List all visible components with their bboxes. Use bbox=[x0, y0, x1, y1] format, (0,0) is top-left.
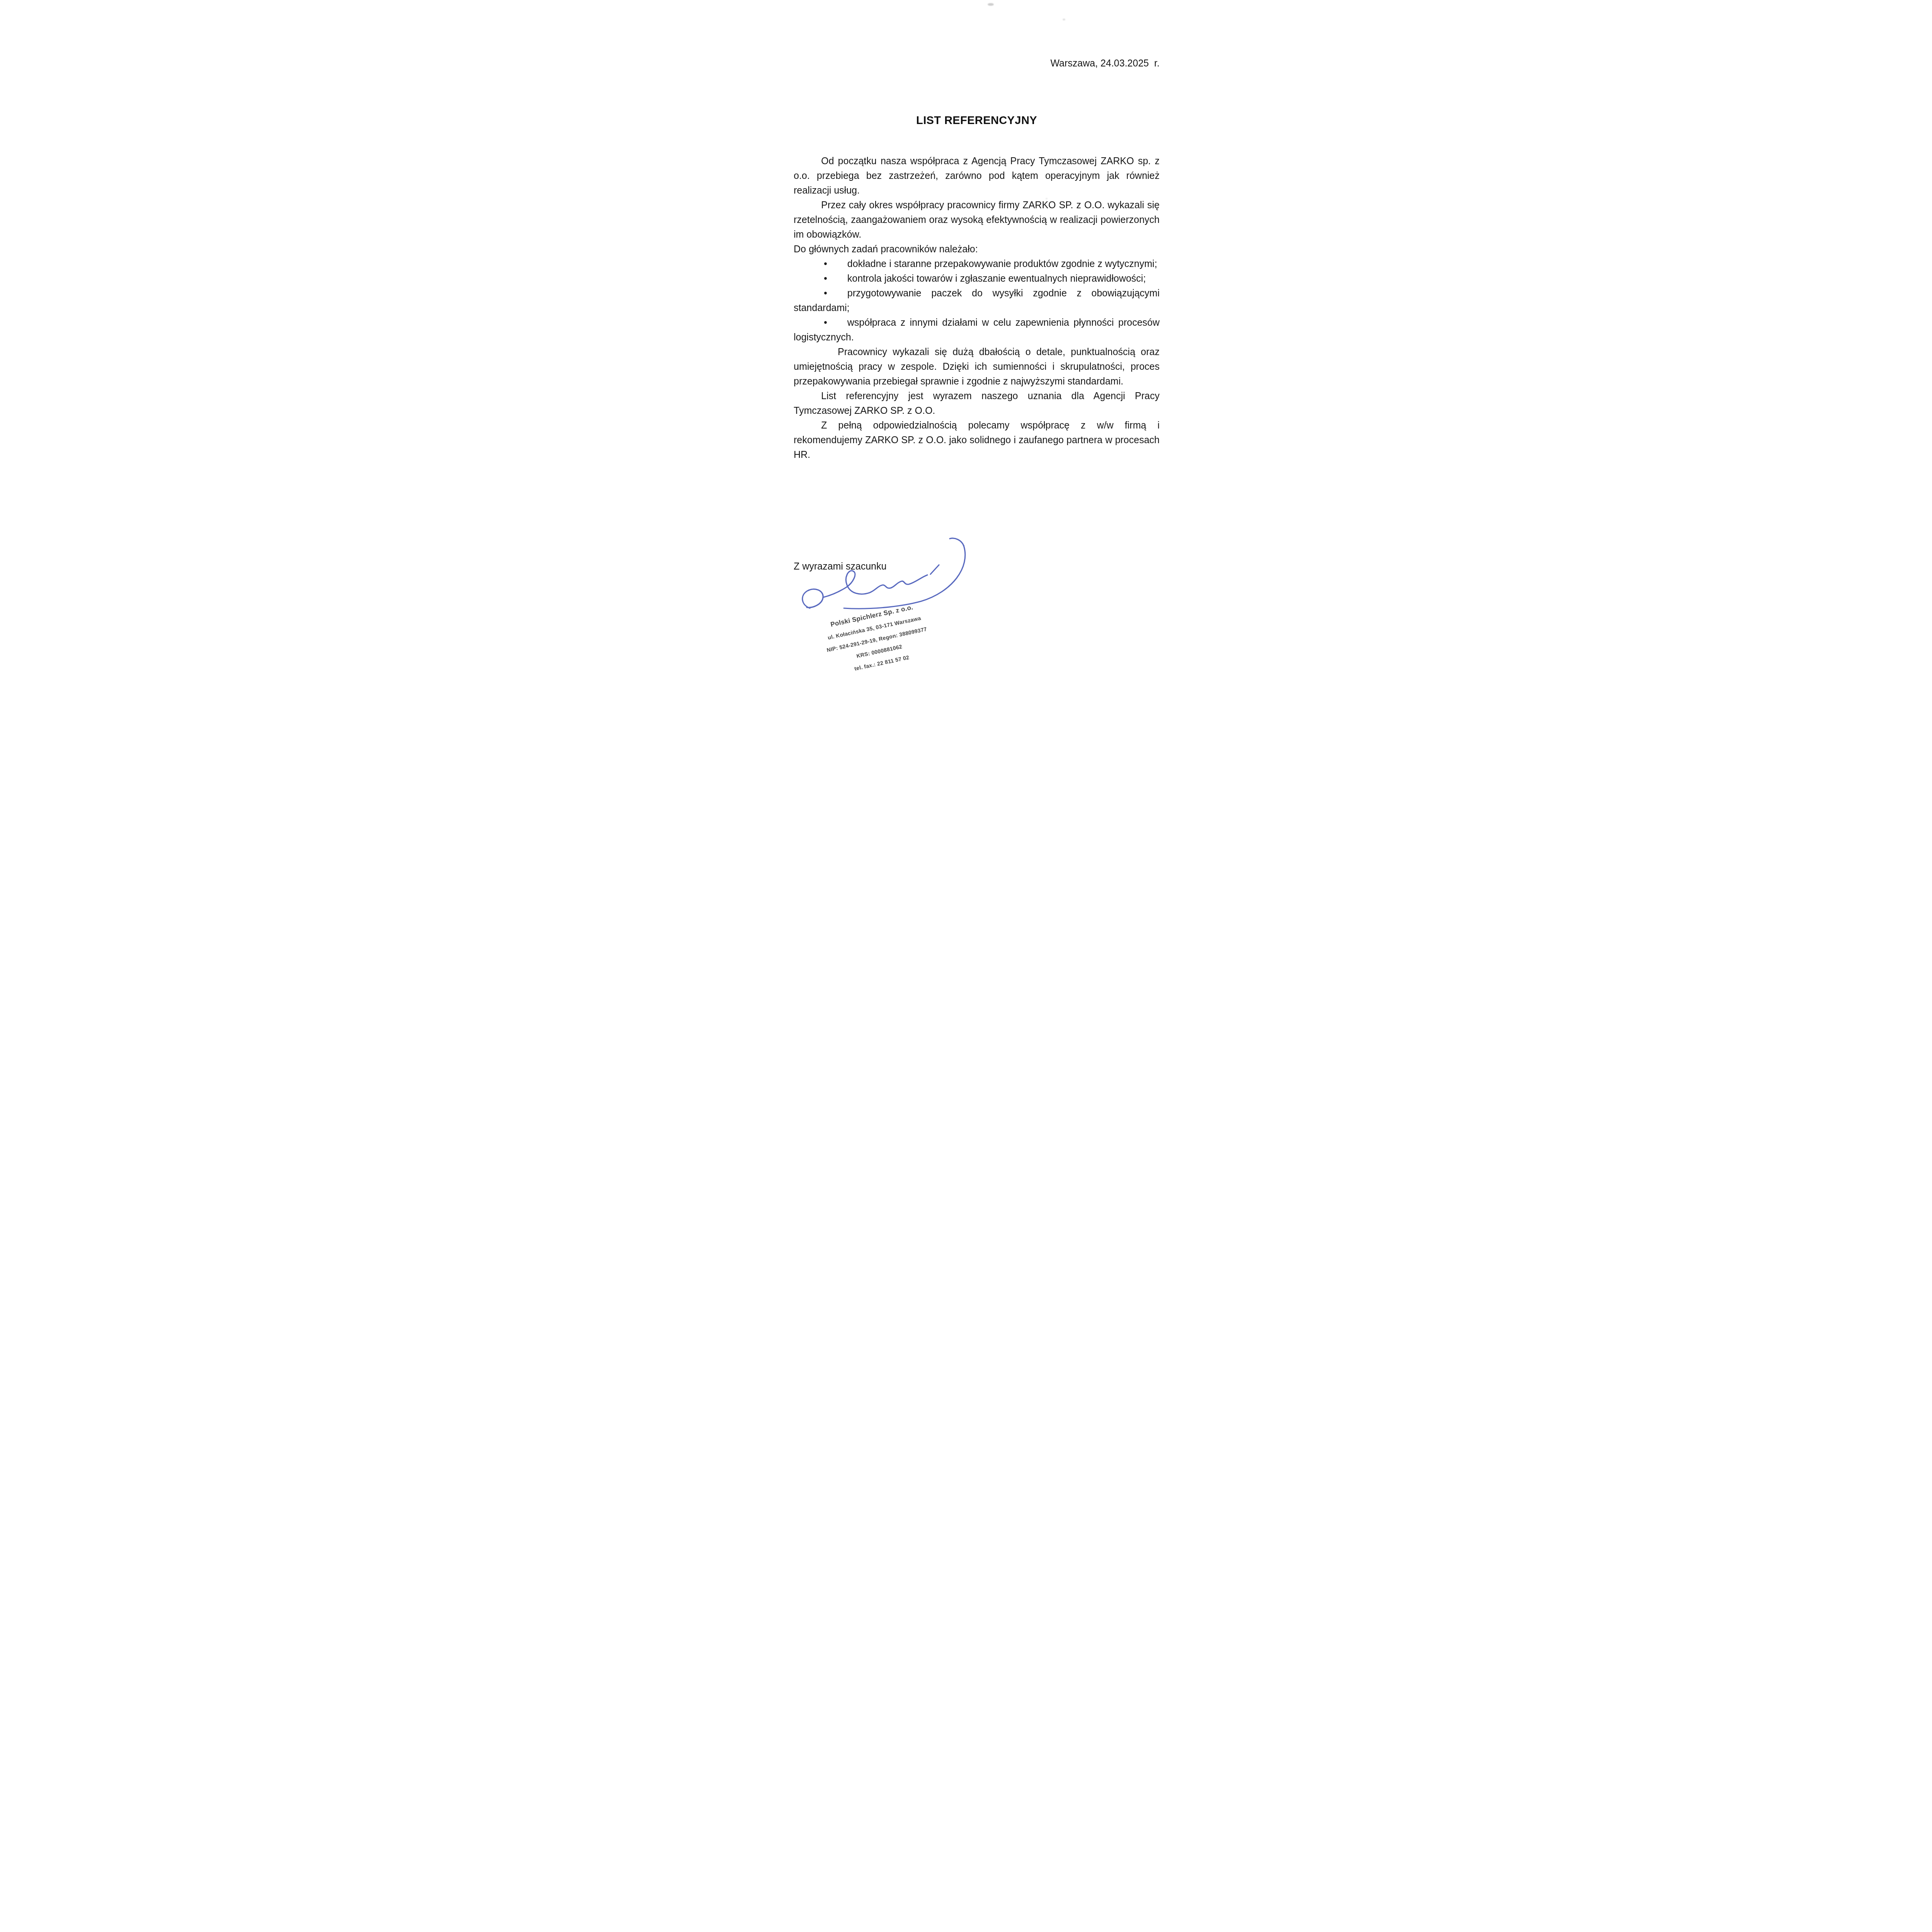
paragraph-intro: Od początku nasza współpraca z Agencją P… bbox=[794, 154, 1160, 198]
bullet-icon: • bbox=[824, 288, 827, 299]
task-text: współpraca z innymi działami w celu zape… bbox=[794, 317, 1160, 343]
bullet-icon: • bbox=[824, 273, 827, 284]
scan-speck bbox=[988, 3, 994, 6]
task-item: •dokładne i staranne przepakowywanie pro… bbox=[794, 257, 1160, 271]
document-title: LIST REFERENCYJNY bbox=[794, 114, 1160, 127]
paragraph-recognition: List referencyjny jest wyrazem naszego u… bbox=[794, 389, 1160, 418]
paragraph-qualities: Pracownicy wykazali się dużą dbałością o… bbox=[794, 345, 1160, 389]
city-date: Warszawa, 24.03.2025 r. bbox=[1050, 58, 1160, 69]
tasks-header: Do głównych zadań pracowników należało: bbox=[794, 242, 1160, 257]
letter-page: Warszawa, 24.03.2025 r. LIST REFERENCYJN… bbox=[720, 0, 1212, 677]
task-item: •przygotowywanie paczek do wysyłki zgodn… bbox=[794, 286, 1160, 315]
paragraph-period: Przez cały okres współpracy pracownicy f… bbox=[794, 198, 1160, 242]
paragraph-recommendation: Z pełną odpowiedzialnością polecamy wspó… bbox=[794, 418, 1160, 462]
task-item: •kontrola jakości towarów i zgłaszanie e… bbox=[794, 271, 1160, 286]
bullet-icon: • bbox=[824, 317, 827, 328]
scan-speck bbox=[1063, 19, 1065, 20]
letter-body: Od początku nasza współpraca z Agencją P… bbox=[794, 154, 1160, 462]
task-text: kontrola jakości towarów i zgłaszanie ew… bbox=[847, 273, 1146, 284]
bullet-icon: • bbox=[824, 259, 827, 269]
task-item: •współpraca z innymi działami w celu zap… bbox=[794, 315, 1160, 345]
task-text: dokładne i staranne przepakowywanie prod… bbox=[847, 259, 1157, 269]
task-text: przygotowywanie paczek do wysyłki zgodni… bbox=[794, 288, 1160, 313]
